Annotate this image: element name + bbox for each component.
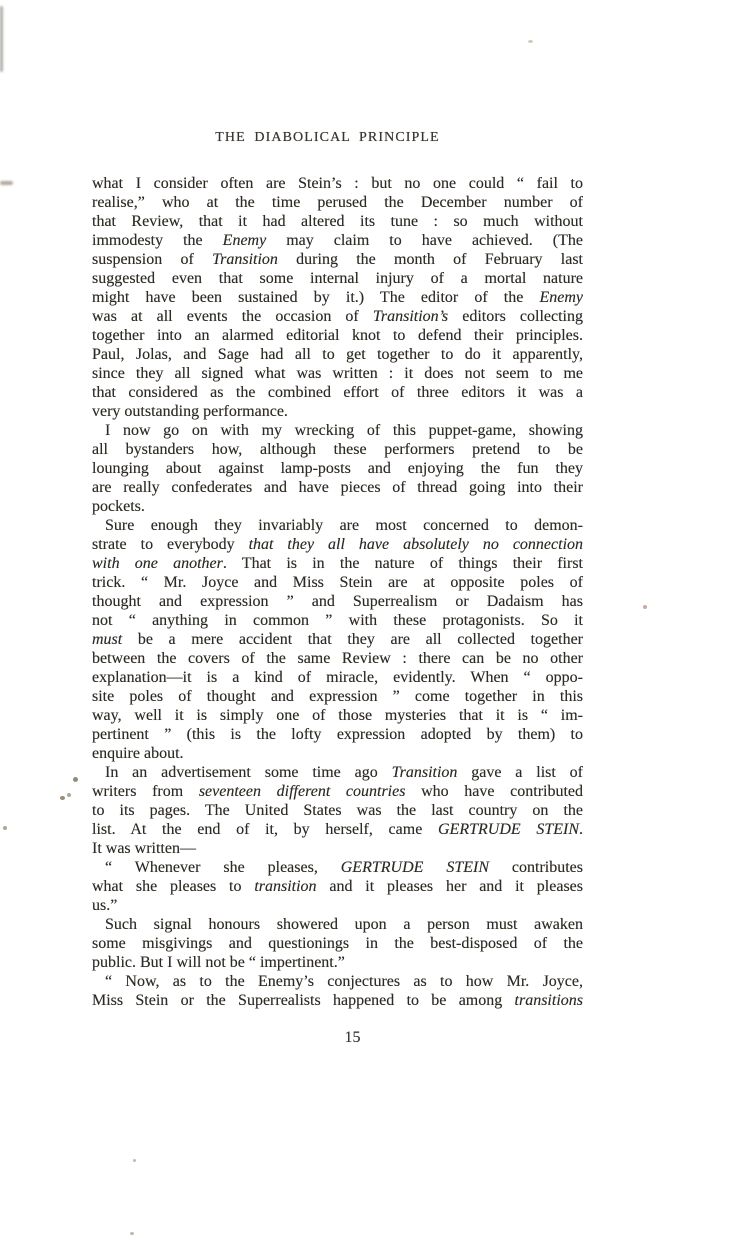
text-line: pertinent ” (this is the lofty expressio… [92,725,583,744]
text-line: very outstanding performance. [92,402,583,421]
text-line: together into an alarmed editorial knot … [92,326,583,345]
text-line: might have been sustained by it.) The ed… [92,288,583,307]
text-line: enquire about. [92,744,583,763]
stain [133,1159,136,1162]
stain [3,826,7,830]
text-line: all bystanders how, although these perfo… [92,440,583,459]
text-line: immodesty the Enemy may claim to have ac… [92,231,583,250]
text-line: some misgivings and questionings in the … [92,934,583,953]
text-line: between the covers of the same Review : … [92,649,583,668]
text-line: “ Whenever she pleases, GERTRUDE STEIN c… [92,858,583,877]
text-line: suggested even that some internal injury… [92,269,583,288]
text-line: I now go on with my wrecking of this pup… [92,421,583,440]
text-line: trick. “ Mr. Joyce and Miss Stein are at… [92,573,583,592]
text-line: must be a mere accident that they are al… [92,630,583,649]
stain [60,796,65,800]
text-line: since they all signed what was written :… [92,364,583,383]
text-line: was at all events the occasion of Transi… [92,307,583,326]
text-line: Such signal honours showered upon a pers… [92,915,583,934]
text-line: thought and expression ” and Superrealis… [92,592,583,611]
stain [73,777,78,782]
scan-edge-artifact [0,6,3,72]
text-line: Paul, Jolas, and Sage had all to get tog… [92,345,583,364]
text-line: us.” [92,896,583,915]
stain [130,1232,134,1235]
text-line: writers from seventeen different countri… [92,782,583,801]
page-number: 15 [92,1029,583,1047]
text-line: that considered as the combined effort o… [92,383,583,402]
stain [528,40,533,43]
text-line: not “ anything in common ” with these pr… [92,611,583,630]
text-line: site poles of thought and expression ” c… [92,687,583,706]
stain [67,793,71,797]
text-line: what she pleases to transition and it pl… [92,877,583,896]
text-line: It was written— [92,839,583,858]
text-line: “ Now, as to the Enemy’s conjectures as … [92,972,583,991]
text-line: strate to everybody that they all have a… [92,535,583,554]
text-line: Sure enough they invariably are most con… [92,516,583,535]
text-line: that Review, that it had altered its tun… [92,212,583,231]
text-line: realise,” who at the time perused the De… [92,193,583,212]
stain [0,181,13,185]
text-line: public. But I will not be “ impertinent.… [92,953,583,972]
text-block: what I consider often are Stein’s : but … [92,174,583,1010]
scanned-book-page: THE DIABOLICAL PRINCIPLE what I consider… [0,0,750,1241]
text-line: pockets. [92,497,583,516]
text-line: lounging about against lamp-posts and en… [92,459,583,478]
text-line: suspension of Transition during the mont… [92,250,583,269]
text-line: way, well it is simply one of those myst… [92,706,583,725]
text-line: to its pages. The United States was the … [92,801,583,820]
text-line: are really confederates and have pieces … [92,478,583,497]
text-line: explanation—it is a kind of miracle, evi… [92,668,583,687]
stain [643,605,647,609]
text-line: with one another. That is in the nature … [92,554,583,573]
text-line: In an advertisement some time ago Transi… [92,763,583,782]
text-line: what I consider often are Stein’s : but … [92,174,583,193]
text-line: Miss Stein or the Superrealists happened… [92,991,583,1010]
running-head: THE DIABOLICAL PRINCIPLE [92,130,583,146]
text-line: list. At the end of it, by herself, came… [92,820,583,839]
